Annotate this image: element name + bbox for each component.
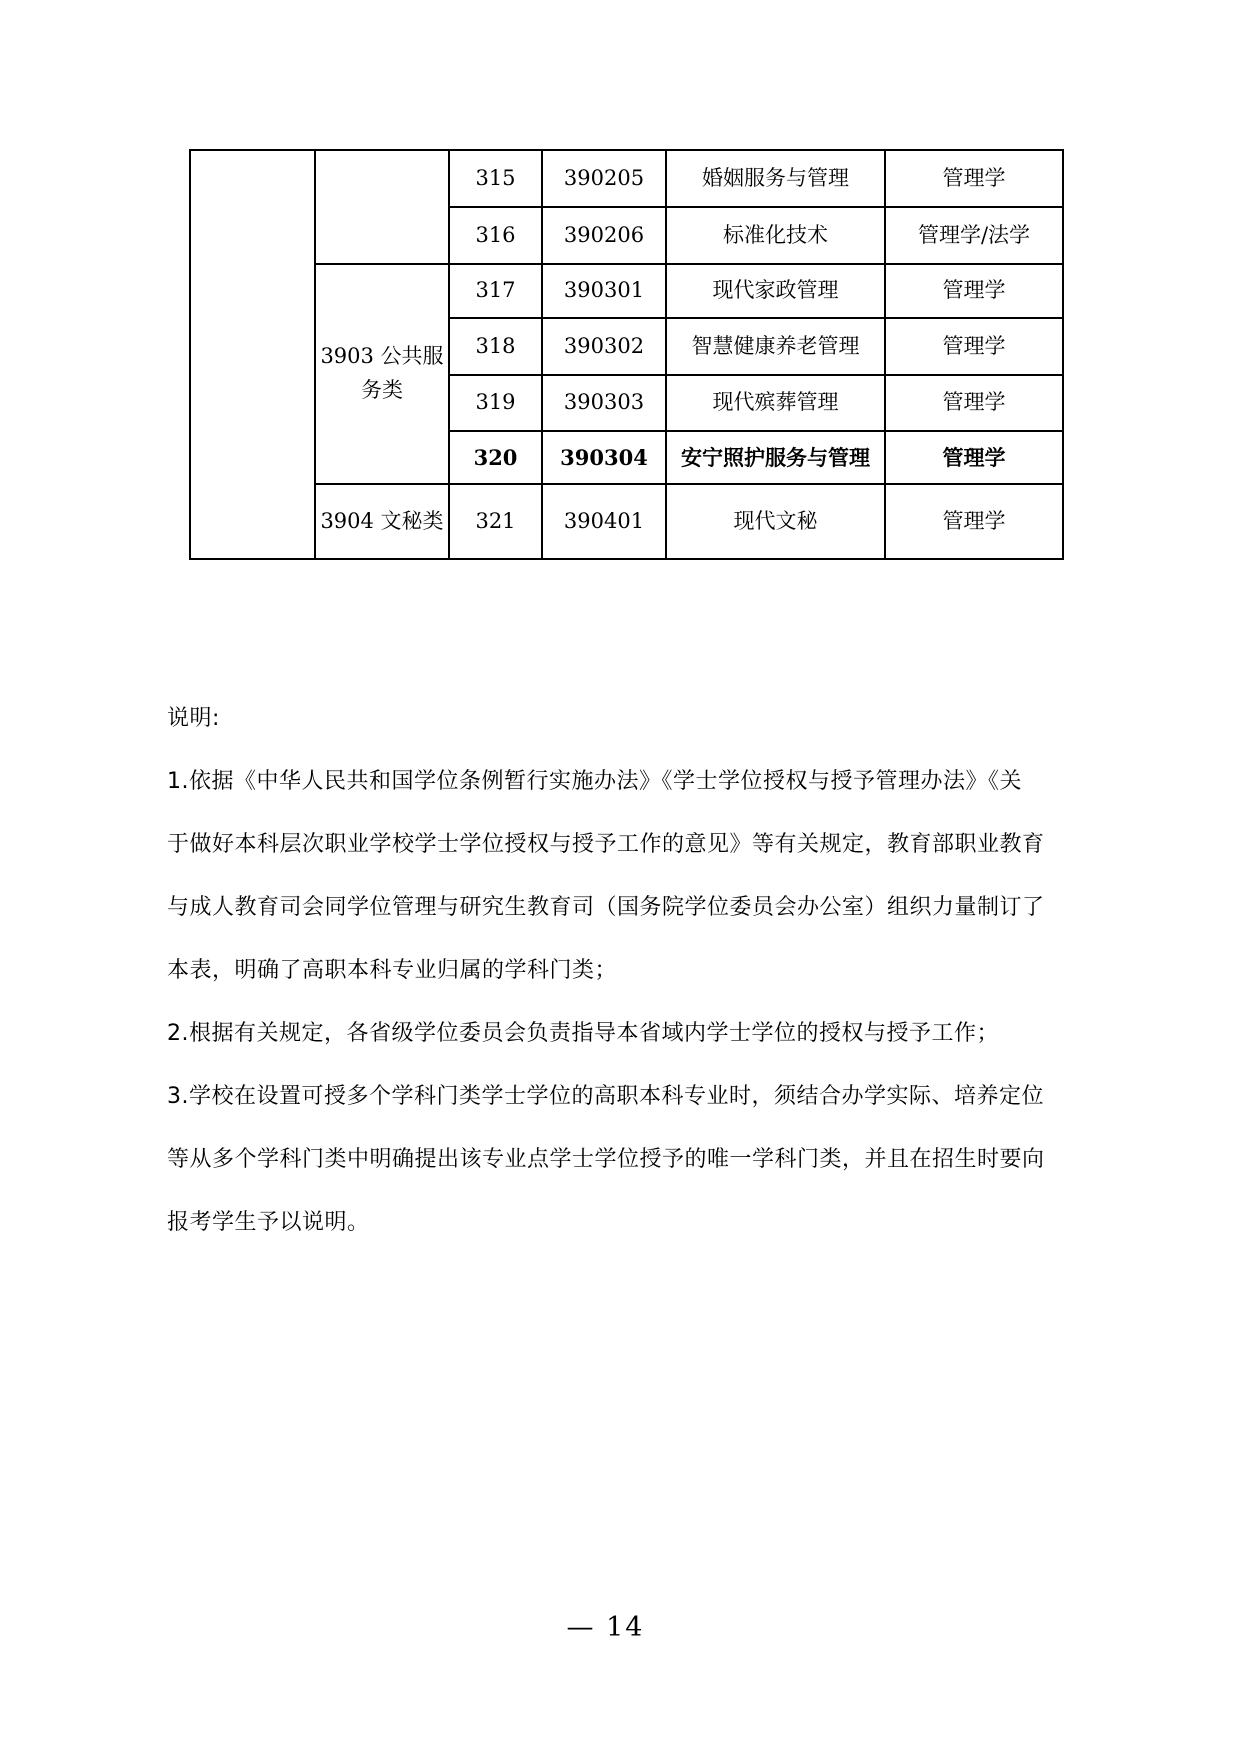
seq-cell: 317 — [449, 264, 542, 318]
code-cell: 390205 — [542, 150, 666, 207]
seq-cell: 315 — [449, 150, 542, 207]
degree-cell: 管理学 — [885, 264, 1063, 318]
code-cell: 390304 — [542, 431, 666, 484]
seq-cell: 319 — [449, 375, 542, 431]
seq-cell: 318 — [449, 318, 542, 375]
major-cell: 现代殡葬管理 — [666, 375, 885, 431]
notes-section: 说明: 1.依据《中华人民共和国学位条例暂行实施办法》《学士学位授权与授予管理办… — [167, 687, 1087, 1254]
category-cell-empty — [315, 150, 449, 264]
major-cell: 智慧健康养老管理 — [666, 318, 885, 375]
degree-cell: 管理学 — [885, 484, 1063, 559]
seq-cell: 321 — [449, 484, 542, 559]
code-cell: 390401 — [542, 484, 666, 559]
note-line: 1.依据《中华人民共和国学位条例暂行实施办法》《学士学位授权与授予管理办法》《关 — [167, 750, 1087, 813]
major-cell: 现代文秘 — [666, 484, 885, 559]
table-row: 315 390205 婚姻服务与管理 管理学 — [190, 150, 1063, 207]
degree-cell: 管理学 — [885, 150, 1063, 207]
degree-cell: 管理学 — [885, 431, 1063, 484]
major-cell: 现代家政管理 — [666, 264, 885, 318]
note-line: 等从多个学科门类中明确提出该专业点学士学位授予的唯一学科门类，并且在招生时要向 — [167, 1128, 1087, 1191]
code-cell: 390302 — [542, 318, 666, 375]
major-cell: 标准化技术 — [666, 207, 885, 264]
degree-cell: 管理学 — [885, 318, 1063, 375]
degree-table: 315 390205 婚姻服务与管理 管理学 316 390206 标准化技术 … — [189, 149, 1064, 560]
note-line: 本表，明确了高职本科专业归属的学科门类； — [167, 939, 1087, 1002]
seq-cell: 320 — [449, 431, 542, 484]
page-number: — 14 — [0, 1612, 1211, 1643]
category-cell-secretarial: 3904 文秘类 — [315, 484, 449, 559]
note-line: 2.根据有关规定，各省级学位委员会负责指导本省域内学士学位的授权与授予工作； — [167, 1002, 1087, 1065]
degree-cell: 管理学 — [885, 375, 1063, 431]
note-line: 与成人教育司会同学位管理与研究生教育司（国务院学位委员会办公室）组织力量制订了 — [167, 876, 1087, 939]
seq-cell: 316 — [449, 207, 542, 264]
table-row: 3903 公共服务类 317 390301 现代家政管理 管理学 — [190, 264, 1063, 318]
category-cell-public-service: 3903 公共服务类 — [315, 264, 449, 484]
table-row: 3904 文秘类 321 390401 现代文秘 管理学 — [190, 484, 1063, 559]
major-cell: 安宁照护服务与管理 — [666, 431, 885, 484]
degree-cell: 管理学/法学 — [885, 207, 1063, 264]
code-cell: 390206 — [542, 207, 666, 264]
code-cell: 390303 — [542, 375, 666, 431]
notes-heading: 说明: — [167, 687, 1087, 750]
major-cell: 婚姻服务与管理 — [666, 150, 885, 207]
code-cell: 390301 — [542, 264, 666, 318]
note-line: 报考学生予以说明。 — [167, 1191, 1087, 1254]
note-line: 3.学校在设置可授多个学科门类学士学位的高职本科专业时，须结合办学实际、培养定位 — [167, 1065, 1087, 1128]
document-page: 315 390205 婚姻服务与管理 管理学 316 390206 标准化技术 … — [0, 0, 1235, 1749]
note-line: 于做好本科层次职业学校学士学位授权与授予工作的意见》等有关规定，教育部职业教育 — [167, 813, 1087, 876]
discipline-group-cell-empty — [190, 150, 315, 559]
